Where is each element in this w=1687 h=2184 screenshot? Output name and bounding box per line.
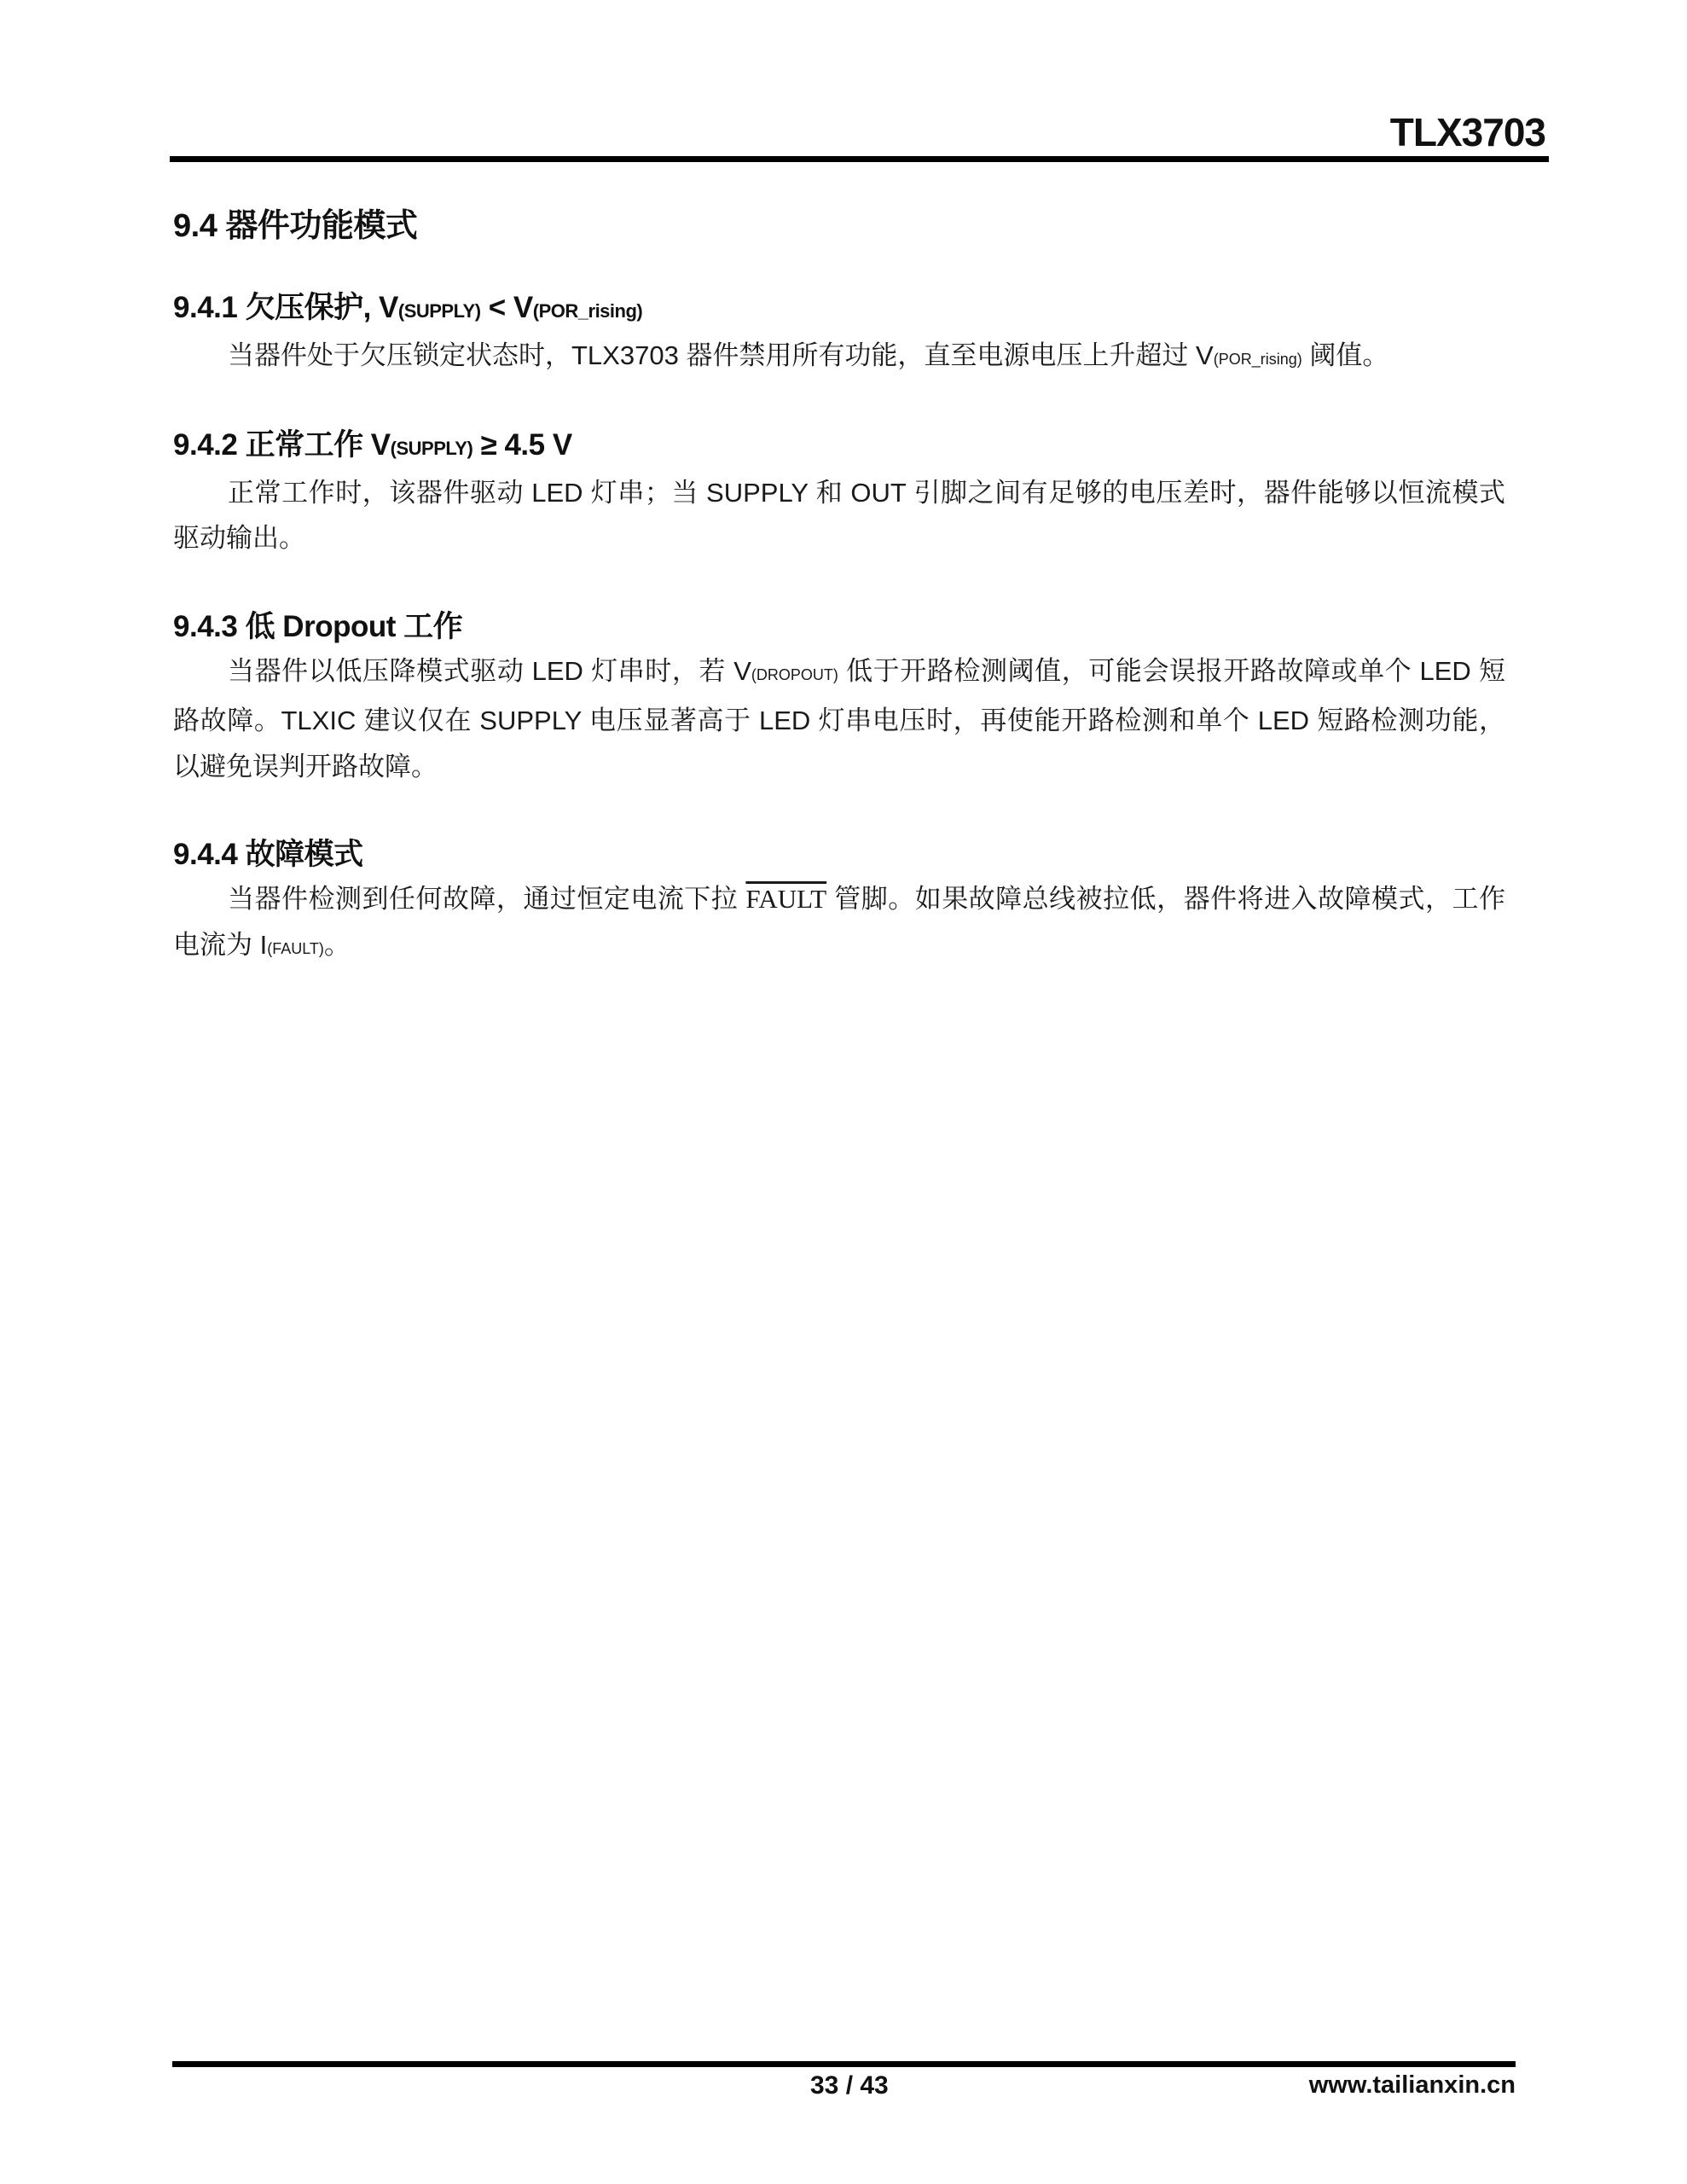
paragraph: 当器件检测到任何故障，通过恒定电流下拉 FAULT 管脚。如果故障总线被拉低，器… xyxy=(173,876,1505,972)
subsection-fault-mode: 9.4.4 故障模式 当器件检测到任何故障，通过恒定电流下拉 FAULT 管脚。… xyxy=(173,834,1505,972)
document-header-title: TLX3703 xyxy=(1390,109,1545,155)
page-number: 33 / 43 xyxy=(810,2071,889,2100)
subsection-undervoltage: 9.4.1 欠压保护, V(SUPPLY) < V(POR_rising) 当器… xyxy=(173,287,1505,383)
subsection-normal-operation: 9.4.2 正常工作 V(SUPPLY) ≥ 4.5 V 正常工作时，该器件驱动… xyxy=(173,424,1505,561)
fault-pin-name: FAULT xyxy=(745,884,826,914)
subsection-title: 9.4.1 欠压保护, V(SUPPLY) < V(POR_rising) xyxy=(173,287,1505,333)
paragraph: 当器件以低压降模式驱动 LED 灯串时，若 V(DROPOUT) 低于开路检测阈… xyxy=(173,648,1505,790)
section-title: 9.4 器件功能模式 xyxy=(173,203,1505,249)
paragraph: 当器件处于欠压锁定状态时，TLX3703 器件禁用所有功能，直至电源电压上升超过… xyxy=(173,333,1505,383)
subsection-title: 9.4.2 正常工作 V(SUPPLY) ≥ 4.5 V xyxy=(173,424,1505,470)
footer-divider xyxy=(172,2061,1516,2067)
paragraph: 正常工作时，该器件驱动 LED 灯串；当 SUPPLY 和 OUT 引脚之间有足… xyxy=(173,470,1505,561)
subsection-title: 9.4.3 低 Dropout 工作 xyxy=(173,606,1505,648)
subsection-low-dropout: 9.4.3 低 Dropout 工作 当器件以低压降模式驱动 LED 灯串时，若… xyxy=(173,606,1505,790)
header-divider xyxy=(170,156,1549,162)
subsection-title: 9.4.4 故障模式 xyxy=(173,834,1505,876)
website-link[interactable]: www.tailianxin.cn xyxy=(1309,2071,1516,2100)
document-body: 9.4 器件功能模式 9.4.1 欠压保护, V(SUPPLY) < V(POR… xyxy=(173,203,1505,972)
